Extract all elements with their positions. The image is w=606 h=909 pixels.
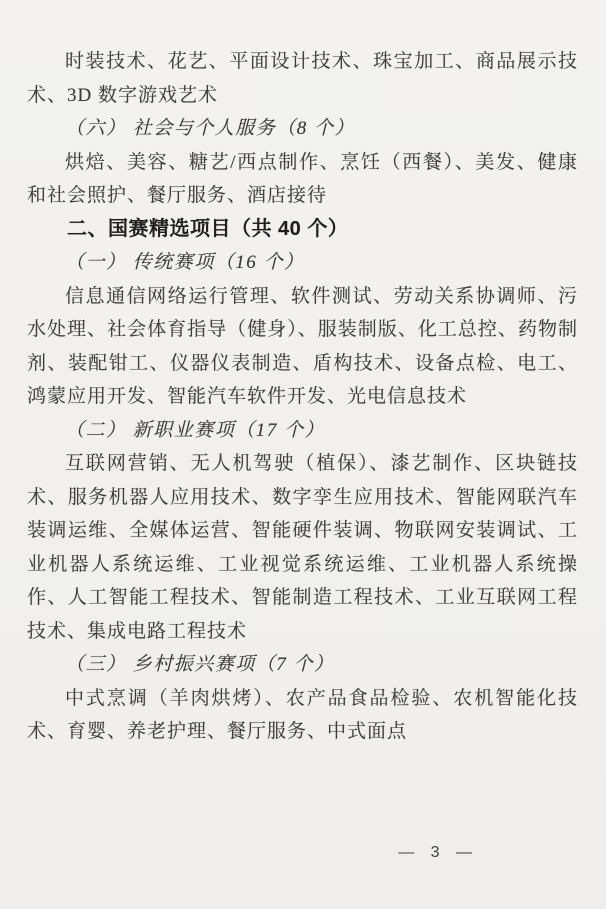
section-heading-social-personal-services: （六） 社会与个人服务（8 个） (27, 112, 578, 146)
paragraph-traditional-events-items: 信息通信网络运行管理、软件测试、劳动关系协调师、污水处理、社会体育指导（健身）、… (27, 280, 578, 414)
paragraph-social-personal-services-items: 烘焙、美容、糖艺/西点制作、烹饪（西餐）、美发、健康和社会照护、餐厅服务、酒店接… (27, 146, 578, 213)
heading-national-selected-projects: 二、国赛精选项目（共 40 个） (27, 213, 578, 247)
paragraph-creative-services-continuation: 时装技术、花艺、平面设计技术、珠宝加工、商品展示技术、3D 数字游戏艺术 (27, 45, 578, 112)
document-body: 时装技术、花艺、平面设计技术、珠宝加工、商品展示技术、3D 数字游戏艺术 （六）… (27, 45, 578, 749)
page-number: — 3 — (398, 844, 478, 862)
document-page: 时装技术、花艺、平面设计技术、珠宝加工、商品展示技术、3D 数字游戏艺术 （六）… (0, 0, 606, 909)
paragraph-new-occupation-events-items: 互联网营销、无人机驾驶（植保）、漆艺制作、区块链技术、服务机器人应用技术、数字孪… (27, 447, 578, 648)
paragraph-rural-revitalization-events-items: 中式烹调（羊肉烘烤）、农产品食品检验、农机智能化技术、育婴、养老护理、餐厅服务、… (27, 682, 578, 749)
section-heading-rural-revitalization-events: （三） 乡村振兴赛项（7 个） (27, 648, 578, 682)
section-heading-traditional-events: （一） 传统赛项（16 个） (27, 246, 578, 280)
section-heading-new-occupation-events: （二） 新职业赛项（17 个） (27, 414, 578, 448)
